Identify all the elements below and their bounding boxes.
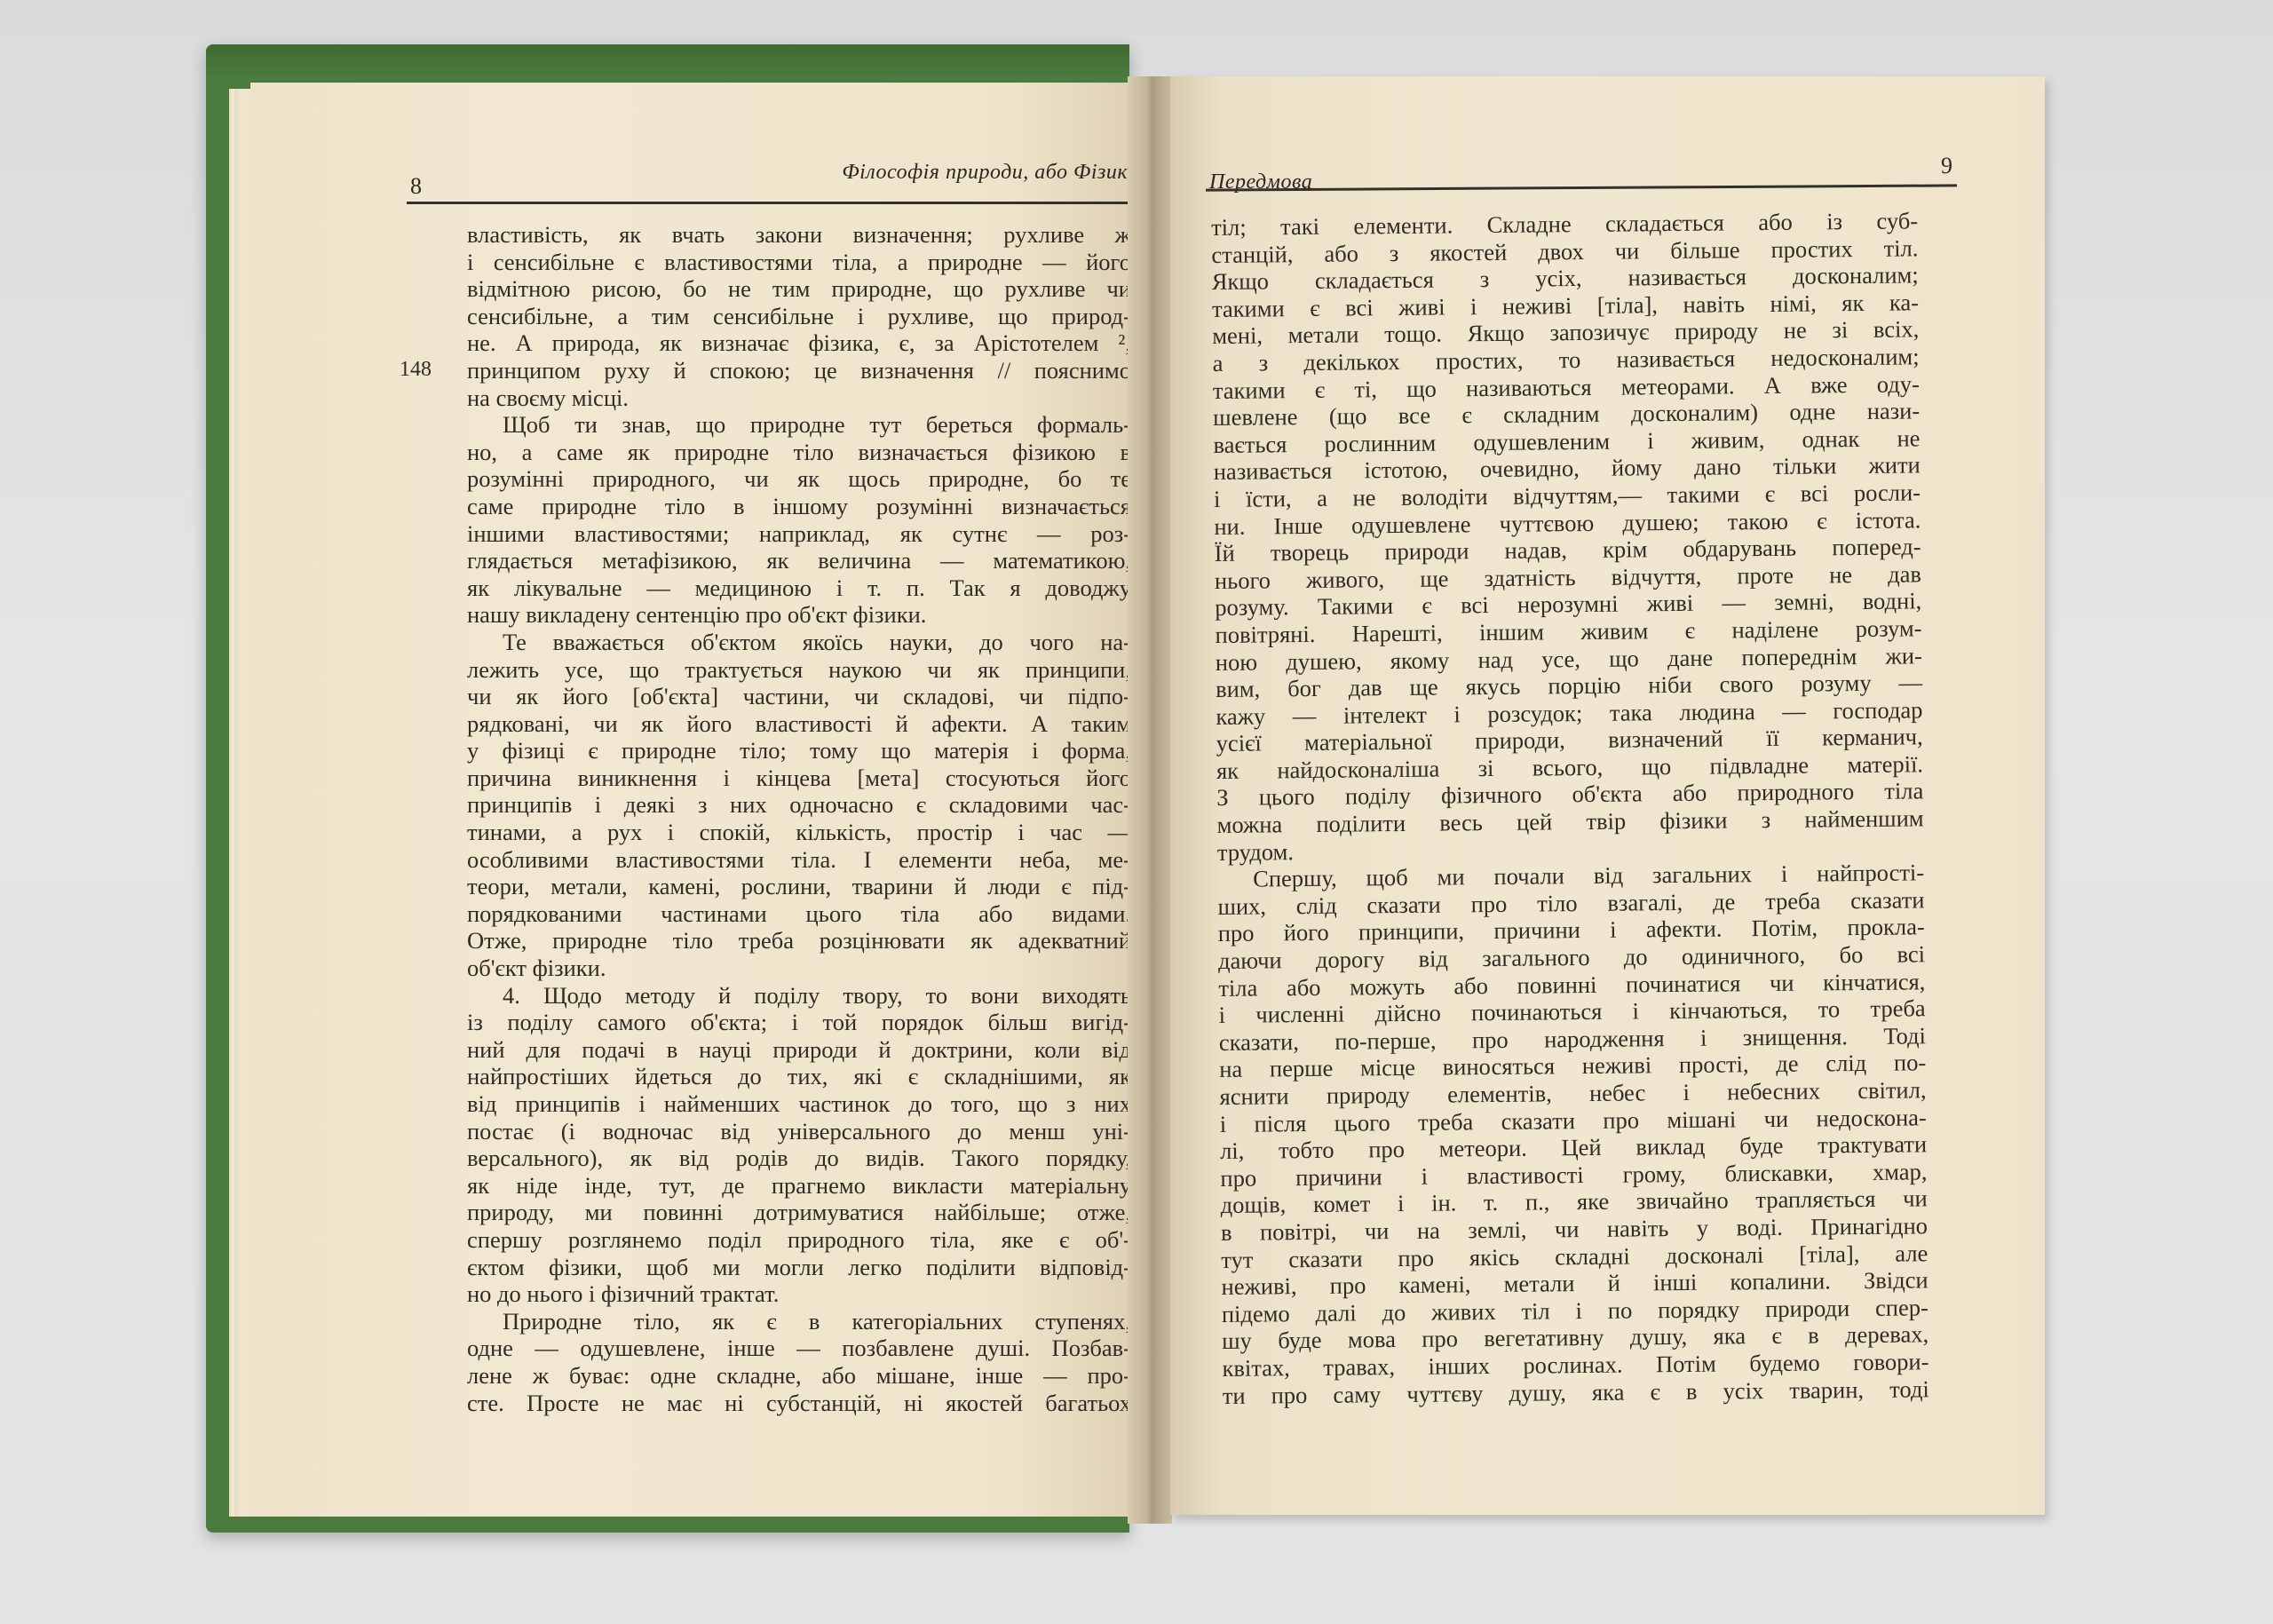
text-line: властивість, як вчать закони визначення;… xyxy=(467,221,1131,249)
left-page: 8 Філософія природи, або Фізика 148 влас… xyxy=(250,83,1138,1517)
text-line: лене ж буває: одне складне, або мішане, … xyxy=(467,1362,1131,1390)
right-page-number: 9 xyxy=(1941,153,1952,179)
text-line: причина виникнення і кінцева [мета] стос… xyxy=(467,764,1131,792)
text-line: сте. Просте не має ні субстанцій, ні яко… xyxy=(467,1390,1131,1417)
text-line: спершу розглянемо поділ природного тіла,… xyxy=(467,1226,1131,1254)
text-line: як ніде інде, тут, де прагнемо викласти … xyxy=(467,1172,1131,1200)
text-line: Те вважається об'єктом якоїсь науки, до … xyxy=(467,629,1131,656)
header-rule xyxy=(1206,184,1957,191)
text-line: 4. Щодо методу й поділу твору, то вони в… xyxy=(467,982,1131,1010)
text-line: Отже, природне тіло треба розцінювати як… xyxy=(467,927,1131,955)
page-number: 9 xyxy=(1941,153,1952,178)
text-line: у фізиці є природне тіло; тому що матері… xyxy=(467,737,1131,764)
text-line: нашу викладену сентенцію про об'єкт фізи… xyxy=(467,601,1131,629)
text-line: об'єкт фізики. xyxy=(467,955,1131,982)
book-cover-top-edge xyxy=(206,44,1129,80)
text-line: чи як його [об'єкта] частини, чи складов… xyxy=(467,683,1131,710)
left-page-number: 8 xyxy=(410,173,422,200)
text-line: єктом фізики, щоб ми могли легко поділит… xyxy=(467,1254,1131,1281)
text-line: но до нього і фізичний трактат. xyxy=(467,1280,1131,1308)
text-line: і сенсибільне є властивостями тіла, а пр… xyxy=(467,249,1131,276)
text-line: іншими властивостями; наприклад, як сутн… xyxy=(467,520,1131,548)
right-page-text: тіл; такі елементи. Складне складається … xyxy=(1211,207,1929,1409)
text-line: рядковані, чи як його властивості й афек… xyxy=(467,710,1131,738)
text-line: на своєму місці. xyxy=(467,384,1131,412)
text-line: ний для подачі в науці природи й доктрин… xyxy=(467,1036,1131,1064)
left-page-text: властивість, як вчать закони визначення;… xyxy=(467,221,1131,1416)
text-line: теори, метали, камені, рослини, тварини … xyxy=(467,873,1131,900)
text-line: сенсибільне, а тим сенсибільне і рухливе… xyxy=(467,303,1131,330)
text-line: від принципів і найменших частинок до то… xyxy=(467,1090,1131,1118)
text-line: принципом руху й спокою; це визначення /… xyxy=(467,357,1131,384)
book-gutter xyxy=(1128,76,1172,1524)
text-line: порядкованими частинами цього тіла або в… xyxy=(467,900,1131,928)
text-line: із поділу самого об'єкта; і той порядок … xyxy=(467,1009,1131,1036)
page-number: 8 xyxy=(410,173,422,199)
running-title: Філософія природи, або Фізика xyxy=(842,161,1138,184)
text-line: но, а саме як природне тіло визначається… xyxy=(467,439,1131,466)
text-line: відмітною рисою, бо не тим природне, що … xyxy=(467,275,1131,303)
text-line: особливими властивостями тіла. І елемент… xyxy=(467,846,1131,874)
text-line: постає (і водночас від універсального до… xyxy=(467,1118,1131,1145)
text-line: одне — одушевлене, інше — позбавлене душ… xyxy=(467,1335,1131,1362)
text-line: розумінні природного, чи як щось природн… xyxy=(467,465,1131,493)
text-line: саме природне тіло в іншому розумінні ви… xyxy=(467,493,1131,520)
header-rule xyxy=(407,202,1136,204)
text-line: найпростіших йдеться до тих, які є склад… xyxy=(467,1063,1131,1090)
text-line: версального), як від родів до видів. Так… xyxy=(467,1145,1131,1172)
text-line: тинами, а рух і спокій, кількість, прост… xyxy=(467,819,1131,846)
text-line: Щоб ти знав, що природне тут береться фо… xyxy=(467,411,1131,439)
text-line: Природне тіло, як є в категоріальних сту… xyxy=(467,1308,1131,1335)
right-page: Передмова 9 тіл; такі елементи. Складне … xyxy=(1170,76,2045,1515)
text-line: принципів і деякі з них одночасно є скла… xyxy=(467,791,1131,819)
text-line: лежить усе, що трактується наукою чи як … xyxy=(467,656,1131,684)
text-line: глядається метафізикою, як величина — ма… xyxy=(467,547,1131,574)
margin-note: 148 xyxy=(400,358,432,382)
text-line: природу, ми повинні дотримуватися найбіл… xyxy=(467,1199,1131,1226)
text-line: як лікувальне — медициною і т. п. Так я … xyxy=(467,574,1131,602)
text-line: не. А природа, як визначає фізика, є, за… xyxy=(467,329,1131,357)
left-running-title: Філософія природи, або Фізика xyxy=(606,161,1138,185)
